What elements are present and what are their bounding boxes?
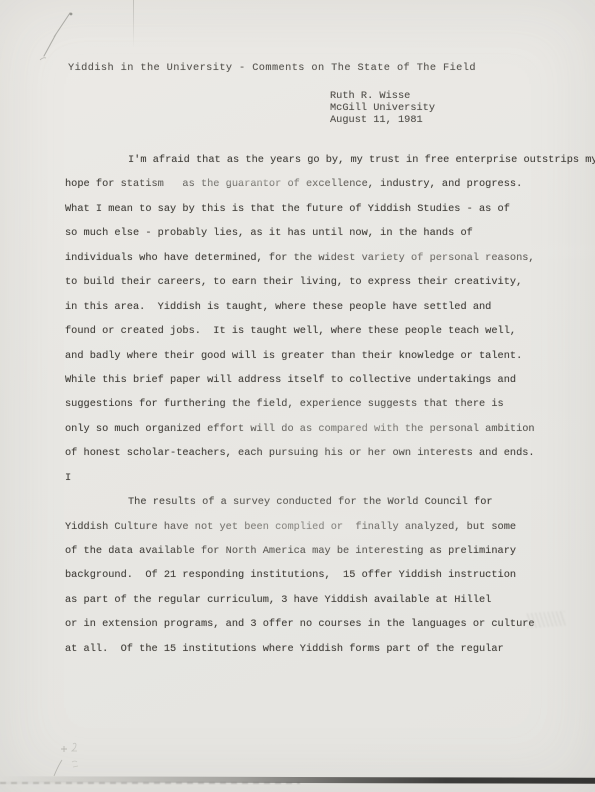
document-line: background. Of 21 responding institution…	[65, 563, 590, 587]
document-line: suggestions for furthering the field, ex…	[65, 392, 590, 416]
document-title: Yiddish in the University - Comments on …	[68, 62, 476, 74]
document-line: to build their careers, to earn their li…	[65, 270, 590, 294]
document-line: as part of the regular curriculum, 3 hav…	[65, 588, 590, 612]
document-line: at all. Of the 15 institutions where Yid…	[65, 637, 590, 661]
margin-pencil-smudge	[527, 611, 566, 629]
author-affiliation: McGill University	[330, 102, 435, 114]
document-line: hope for statism as the guarantor of exc…	[65, 172, 590, 196]
document-line: The results of a survey conducted for th…	[65, 490, 590, 514]
fold-crease	[133, 0, 134, 48]
document-line: found or created jobs. It is taught well…	[65, 319, 590, 343]
document-line: in this area. Yiddish is taught, where t…	[65, 295, 590, 319]
document-line: of the data available for North America …	[65, 539, 590, 563]
document-line: Yiddish Culture have not yet been compli…	[65, 515, 590, 539]
document-body: I'm afraid that as the years go by, my t…	[65, 148, 590, 661]
document-line: and badly where their good will is great…	[65, 344, 590, 368]
document-line: so much else - probably lies, as it has …	[65, 221, 590, 245]
section-marker: I	[65, 466, 590, 490]
document-line: I'm afraid that as the years go by, my t…	[65, 148, 590, 172]
document-line: of honest scholar-teachers, each pursuin…	[65, 441, 590, 465]
author-block: Ruth R. Wisse McGill University August 1…	[330, 90, 435, 127]
document-line: only so much organized effort will do as…	[65, 417, 590, 441]
scanned-document-page: Yiddish in the University - Comments on …	[0, 0, 595, 792]
author-name: Ruth R. Wisse	[330, 90, 435, 102]
author-date: August 11, 1981	[330, 114, 435, 126]
pencil-checkmark	[34, 4, 84, 64]
document-line: While this brief paper will address itse…	[65, 368, 590, 392]
document-line: individuals who have determined, for the…	[65, 246, 590, 270]
document-line: or in extension programs, and 3 offer no…	[65, 612, 590, 636]
document-line: What I mean to say by this is that the f…	[65, 197, 590, 221]
